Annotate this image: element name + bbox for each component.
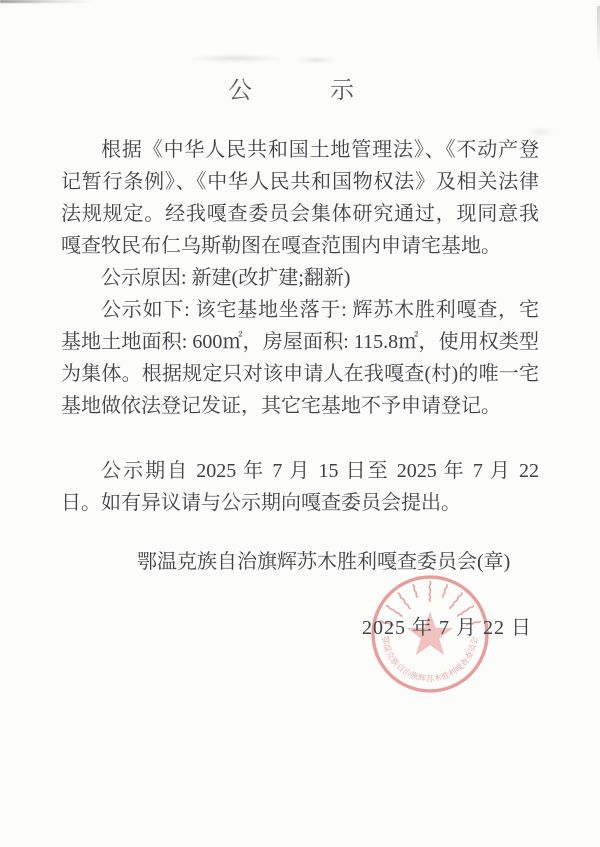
title-char-right: 示 (330, 70, 354, 105)
paragraph-details: 公示如下: 该宅基地坐落于: 辉苏木胜利嘎查，宅基地土地面积: 600㎡，房屋面… (61, 294, 539, 422)
notice-body: 根据《中华人民共和国土地管理法》、《不动产登记暂行条例》、《中华人民共和国物权法… (61, 134, 539, 519)
notice-title: 公 示 (228, 70, 354, 105)
scan-smudge (188, 55, 284, 62)
scan-artifact-top-edge (0, 0, 92, 3)
issue-date: 2025 年 7 月 22 日 (362, 611, 532, 640)
public-notice-document: 公 示 根据《中华人民共和国土地管理法》、《不动产登记暂行条例》、《中华人民共和… (0, 0, 600, 847)
title-char-left: 公 (228, 70, 252, 105)
scan-smudge (296, 57, 336, 63)
paragraph-legal-basis: 根据《中华人民共和国土地管理法》、《不动产登记暂行条例》、《中华人民共和国物权法… (61, 134, 539, 262)
paragraph-period: 公示期自 2025 年 7 月 15 日至 2025 年 7 月 22 日。如有… (61, 455, 539, 519)
paragraph-reason: 公示原因: 新建(改扩建;翻新) (61, 262, 539, 294)
issuer-signature: 鄂温克族自治旗辉苏木胜利嘎查委员会(章) (137, 545, 510, 574)
